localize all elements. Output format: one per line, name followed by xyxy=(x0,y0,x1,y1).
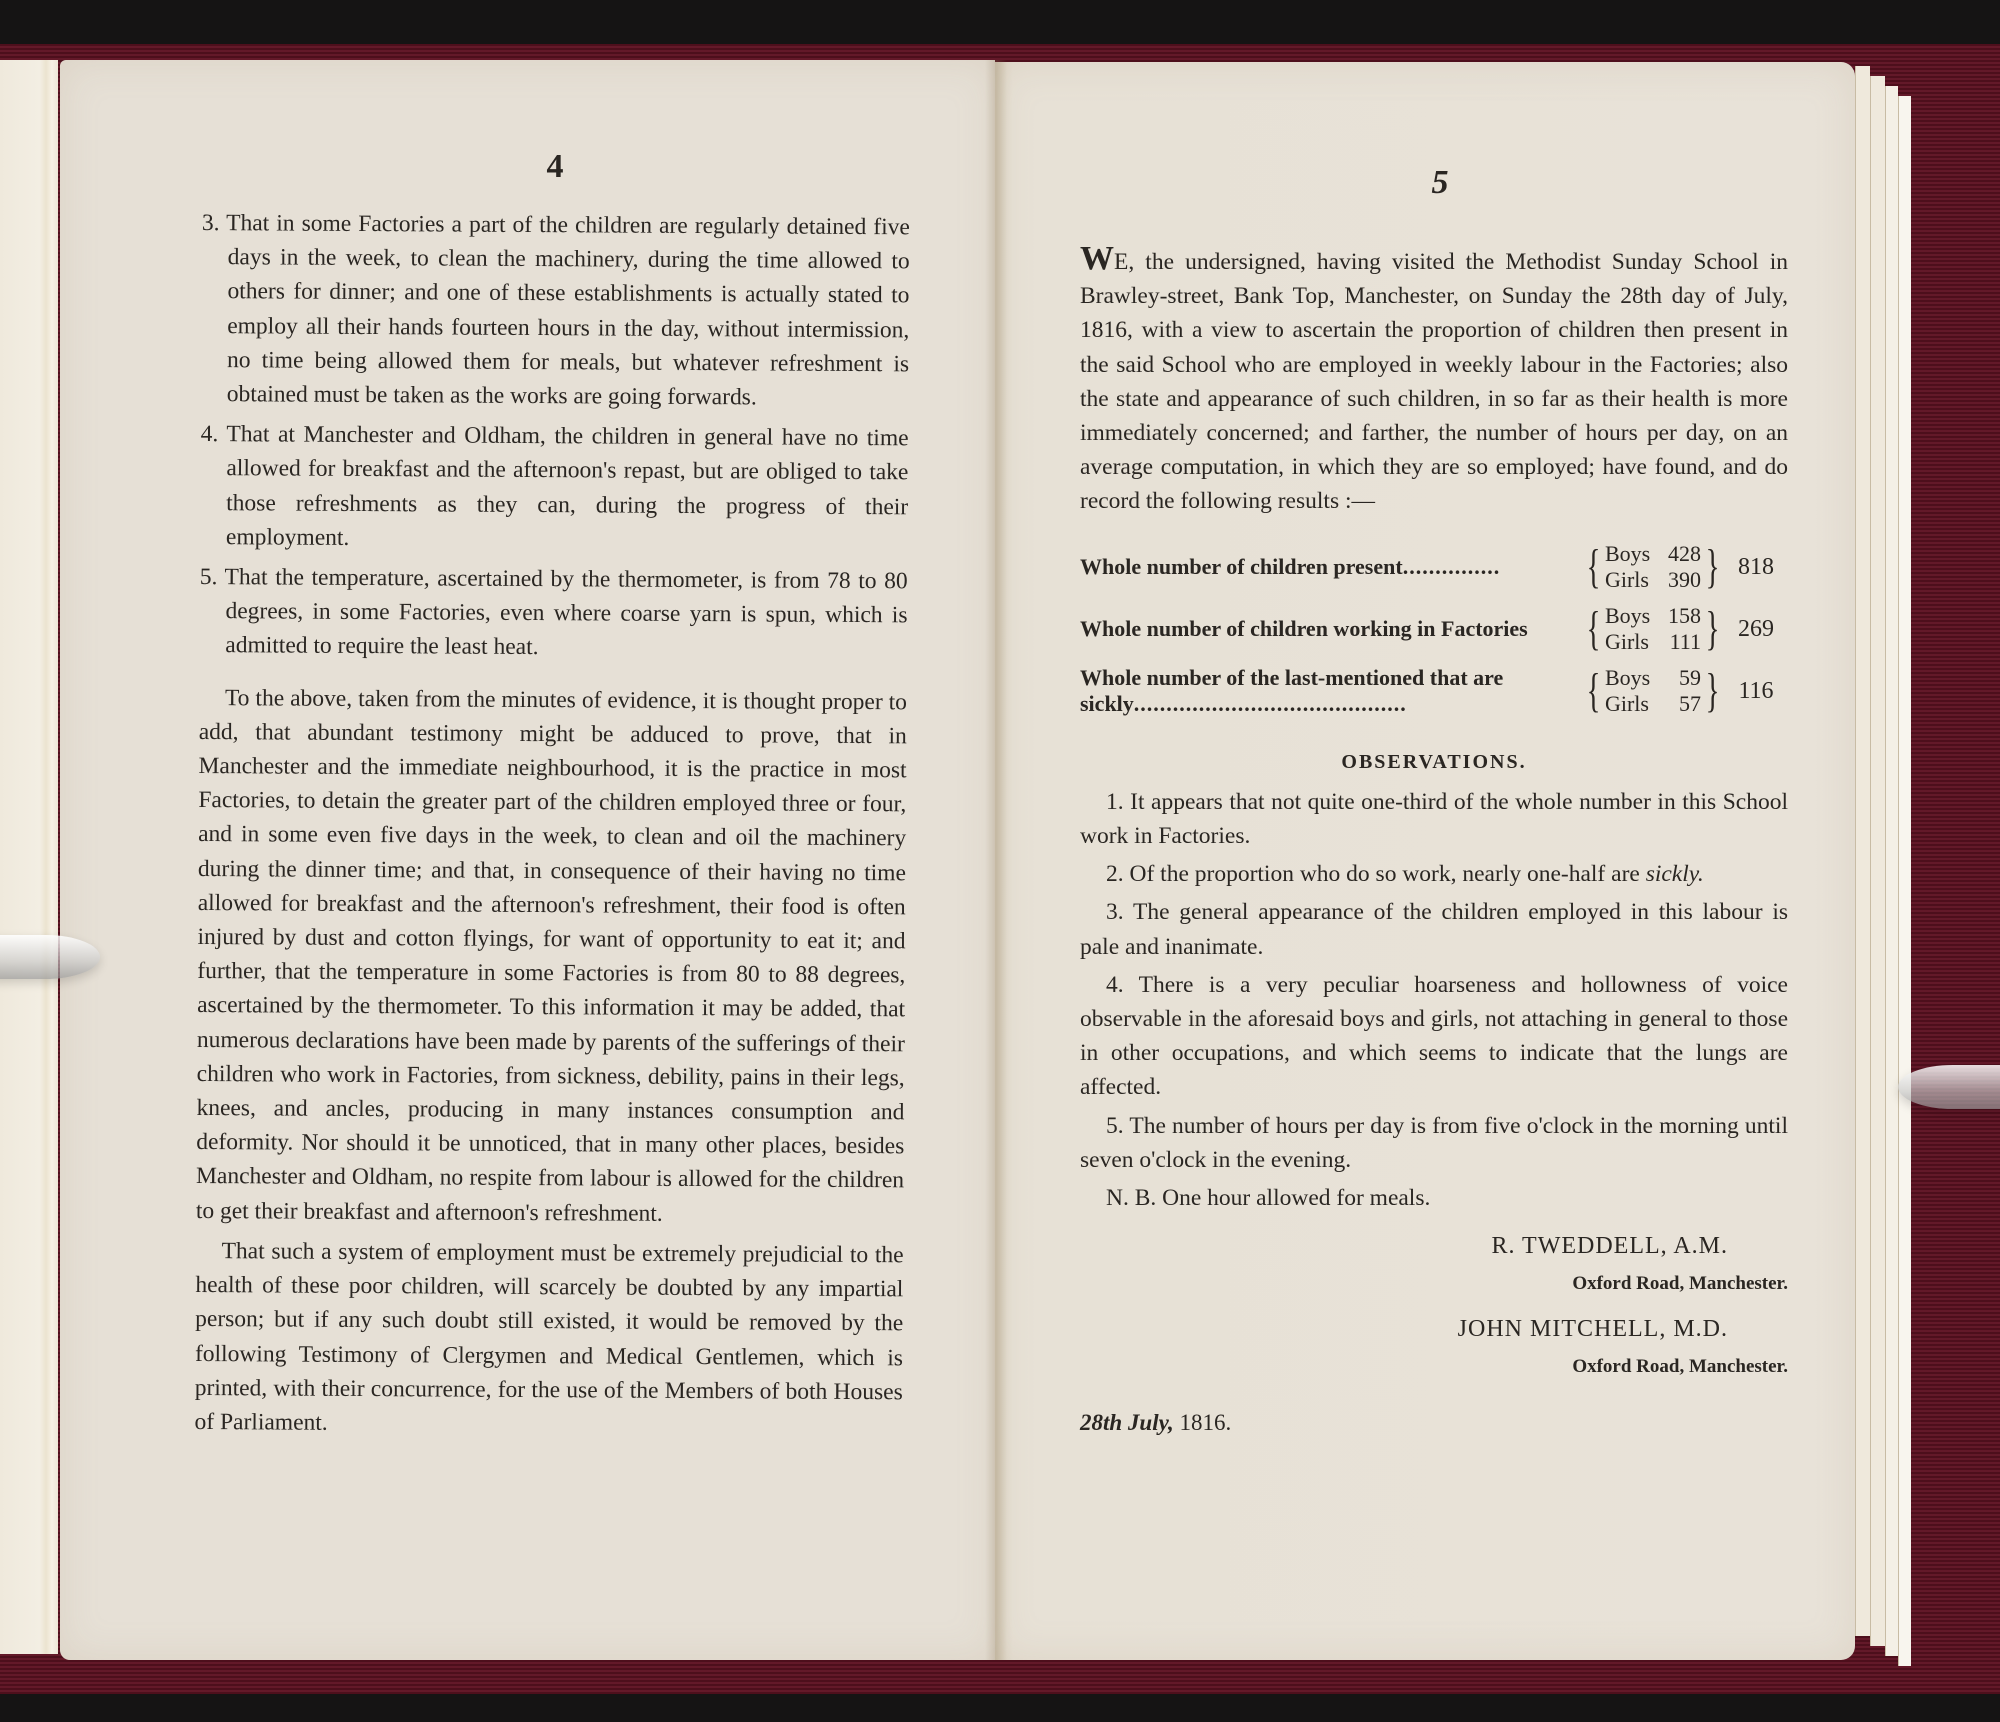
signatory-name: R. TWEDDELL, A.M. xyxy=(1080,1229,1788,1263)
signatory-address: Oxford Road, Manchester. xyxy=(1080,1267,1788,1301)
left-page-text: 3. That in some Factories a part of the … xyxy=(194,206,910,1443)
flyleaf-left xyxy=(0,60,58,1654)
right-brace-icon: } xyxy=(1706,543,1720,591)
page-number-left: 4 xyxy=(505,148,605,186)
signatory-address: Oxford Road, Manchester. xyxy=(1080,1350,1788,1384)
intro-paragraph: WE, the undersigned, having visited the … xyxy=(1080,242,1788,519)
tally-table: Whole number of children present........… xyxy=(1080,541,1788,717)
tally-total: 269 xyxy=(1724,612,1788,646)
book-gutter xyxy=(985,60,1007,1660)
observation-item: 5. The number of hours per day is from f… xyxy=(1080,1109,1788,1177)
observation-item: 3. The general appearance of the childre… xyxy=(1080,895,1788,963)
right-brace-icon: } xyxy=(1706,605,1720,653)
page-edge xyxy=(1885,86,1898,1656)
paragraph: That such a system of employment must be… xyxy=(194,1234,903,1444)
signature-block: R. TWEDDELL, A.M. Oxford Road, Mancheste… xyxy=(1080,1229,1788,1384)
list-item: 4. That at Manchester and Oldham, the ch… xyxy=(200,417,909,558)
nota-bene: N. B. One hour allowed for meals. xyxy=(1080,1181,1788,1215)
paragraph: To the above, taken from the minutes of … xyxy=(196,681,907,1233)
tally-total: 116 xyxy=(1724,674,1788,708)
document-date: 28th July, 1816. xyxy=(1080,1406,1788,1440)
observations-heading: OBSERVATIONS. xyxy=(1080,745,1788,779)
tally-total: 818 xyxy=(1724,550,1788,584)
tally-row: Whole number of children present........… xyxy=(1080,541,1788,593)
observation-item: 4. There is a very peculiar hoarseness a… xyxy=(1080,968,1788,1105)
right-page-text: WE, the undersigned, having visited the … xyxy=(1080,242,1788,1440)
list-item: 3. That in some Factories a part of the … xyxy=(201,206,910,416)
observation-item: 1. It appears that not quite one-third o… xyxy=(1080,785,1788,853)
page-number-right: 5 xyxy=(1390,164,1490,202)
observation-item: 2. Of the proportion who do so work, nea… xyxy=(1080,857,1788,891)
left-brace-icon: { xyxy=(1587,543,1601,591)
list-item: 5. That the temperature, ascertained by … xyxy=(199,560,908,667)
left-brace-icon: { xyxy=(1587,667,1601,715)
signatory-name: JOHN MITCHELL, M.D. xyxy=(1080,1312,1788,1346)
tally-row: Whole number of the last-mentioned that … xyxy=(1080,665,1788,717)
right-brace-icon: } xyxy=(1706,667,1720,715)
page-clip-right xyxy=(1898,1065,2000,1109)
tally-row: Whole number of children working in Fact… xyxy=(1080,603,1788,655)
drop-cap: W xyxy=(1080,240,1114,277)
page-edge xyxy=(1855,66,1870,1636)
page-edge xyxy=(1898,96,1911,1666)
left-brace-icon: { xyxy=(1587,605,1601,653)
page-edge xyxy=(1870,76,1885,1646)
